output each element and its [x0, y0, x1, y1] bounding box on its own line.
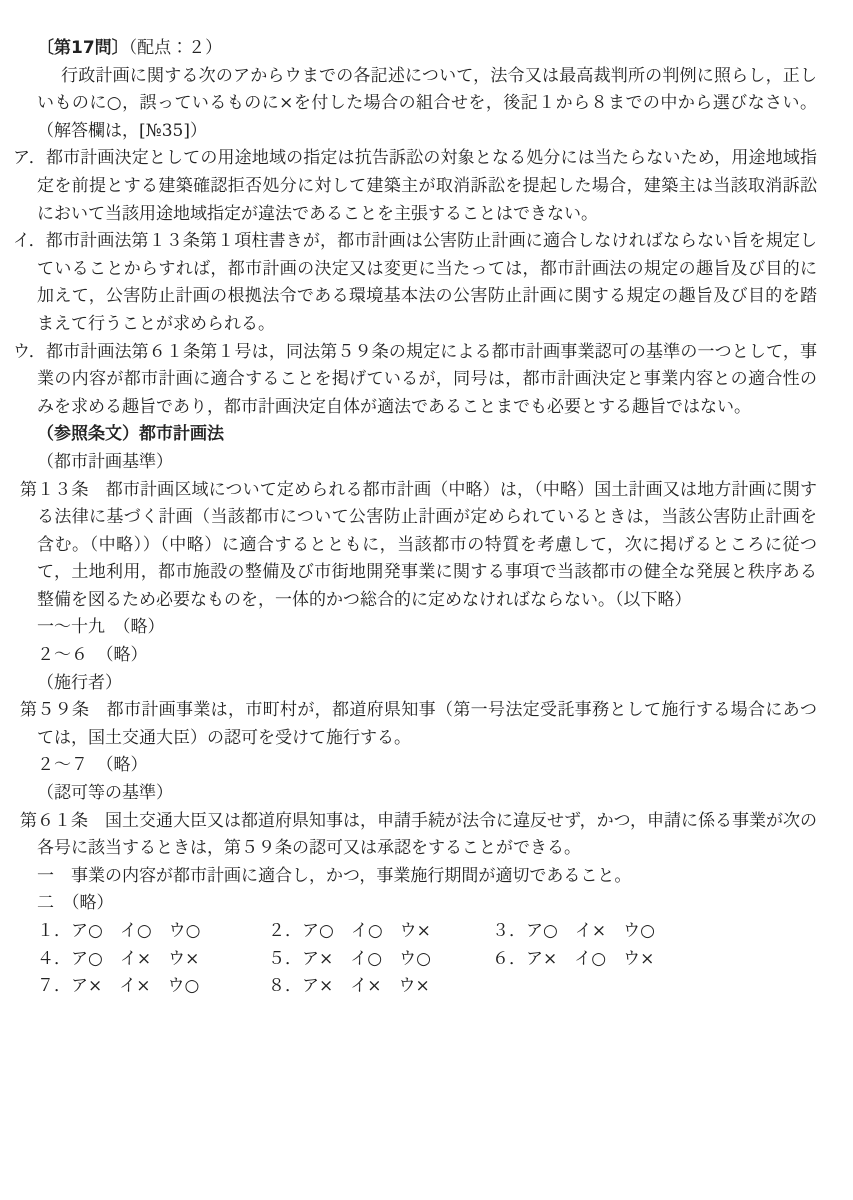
reference-statutes-heading: （参照条文）都市計画法 — [37, 421, 817, 449]
statement-u: ウ．都市計画法第６１条第１号は，同法第５９条の規定による都市計画事業認可の基準の… — [37, 339, 817, 422]
answer-choice-8: ８．ア× イ× ウ× — [268, 973, 492, 1001]
statement-u-label: ウ． — [13, 342, 46, 362]
question-intro: 行政計画に関する次のアからウまでの各記述について，法令又は最高裁判所の判例に照ら… — [37, 63, 817, 146]
article-59-paragraphs-note: ２～７ （略） — [37, 752, 817, 780]
statement-u-text: 都市計画法第６１条第１号は，同法第５９条の規定による都市計画事業認可の基準の一つ… — [37, 342, 817, 417]
answer-choice-1: １．ア○ イ○ ウ○ — [37, 918, 268, 946]
article-61-item-1: 一 事業の内容が都市計画に適合し，かつ，事業施行期間が適切であること。 — [37, 863, 817, 891]
planning-standards-heading: （都市計画基準） — [37, 449, 817, 477]
article-13-items-note: 一～十九 （略） — [37, 614, 817, 642]
article-61-item-2: 二 （略） — [37, 890, 817, 918]
article-13: 第１３条 都市計画区域について定められる都市計画（中略）は，（中略）国土計画又は… — [37, 477, 817, 615]
statement-i-label: イ． — [13, 231, 46, 251]
statement-a-text: 都市計画決定としての用途地域の指定は抗告訴訟の対象となる処分には当たらないため，… — [37, 148, 817, 223]
statement-i-text: 都市計画法第１３条第１項柱書きが，都市計画は公害防止計画に適合しなければならない… — [37, 231, 817, 334]
answer-choice-4: ４．ア○ イ× ウ× — [37, 946, 268, 974]
article-59: 第５９条 都市計画事業は，市町村が，都道府県知事（第一号法定受託事務として施行す… — [37, 697, 817, 752]
answer-choice-6: ６．ア× イ○ ウ× — [492, 946, 817, 974]
article-61: 第６１条 国土交通大臣又は都道府県知事は，申請手続が法令に違反せず，かつ，申請に… — [37, 808, 817, 863]
statement-i: イ．都市計画法第１３条第１項柱書きが，都市計画は公害防止計画に適合しなければなら… — [37, 228, 817, 338]
question-points: （配点：２） — [129, 38, 223, 58]
statement-a-label: ア． — [13, 148, 46, 168]
approval-criteria-heading: （認可等の基準） — [37, 780, 817, 808]
answer-choice-3: ３．ア○ イ× ウ○ — [492, 918, 817, 946]
exam-page: 〔第17問〕（配点：２） 行政計画に関する次のアからウまでの各記述について，法令… — [0, 0, 853, 1200]
executor-heading: （施行者） — [37, 670, 817, 698]
question-header: 〔第17問〕（配点：２） — [37, 35, 817, 63]
answer-choice-5: ５．ア× イ○ ウ○ — [268, 946, 492, 974]
question-number: 〔第17問〕 — [37, 38, 129, 58]
statement-a: ア．都市計画決定としての用途地域の指定は抗告訴訟の対象となる処分には当たらないた… — [37, 145, 817, 228]
answer-choices: １．ア○ イ○ ウ○ ２．ア○ イ○ ウ× ３．ア○ イ× ウ○ ４．ア○ イ×… — [37, 918, 817, 1001]
article-13-paragraphs-note: ２～６ （略） — [37, 642, 817, 670]
answer-choice-7: ７．ア× イ× ウ○ — [37, 973, 268, 1001]
answer-choice-2: ２．ア○ イ○ ウ× — [268, 918, 492, 946]
